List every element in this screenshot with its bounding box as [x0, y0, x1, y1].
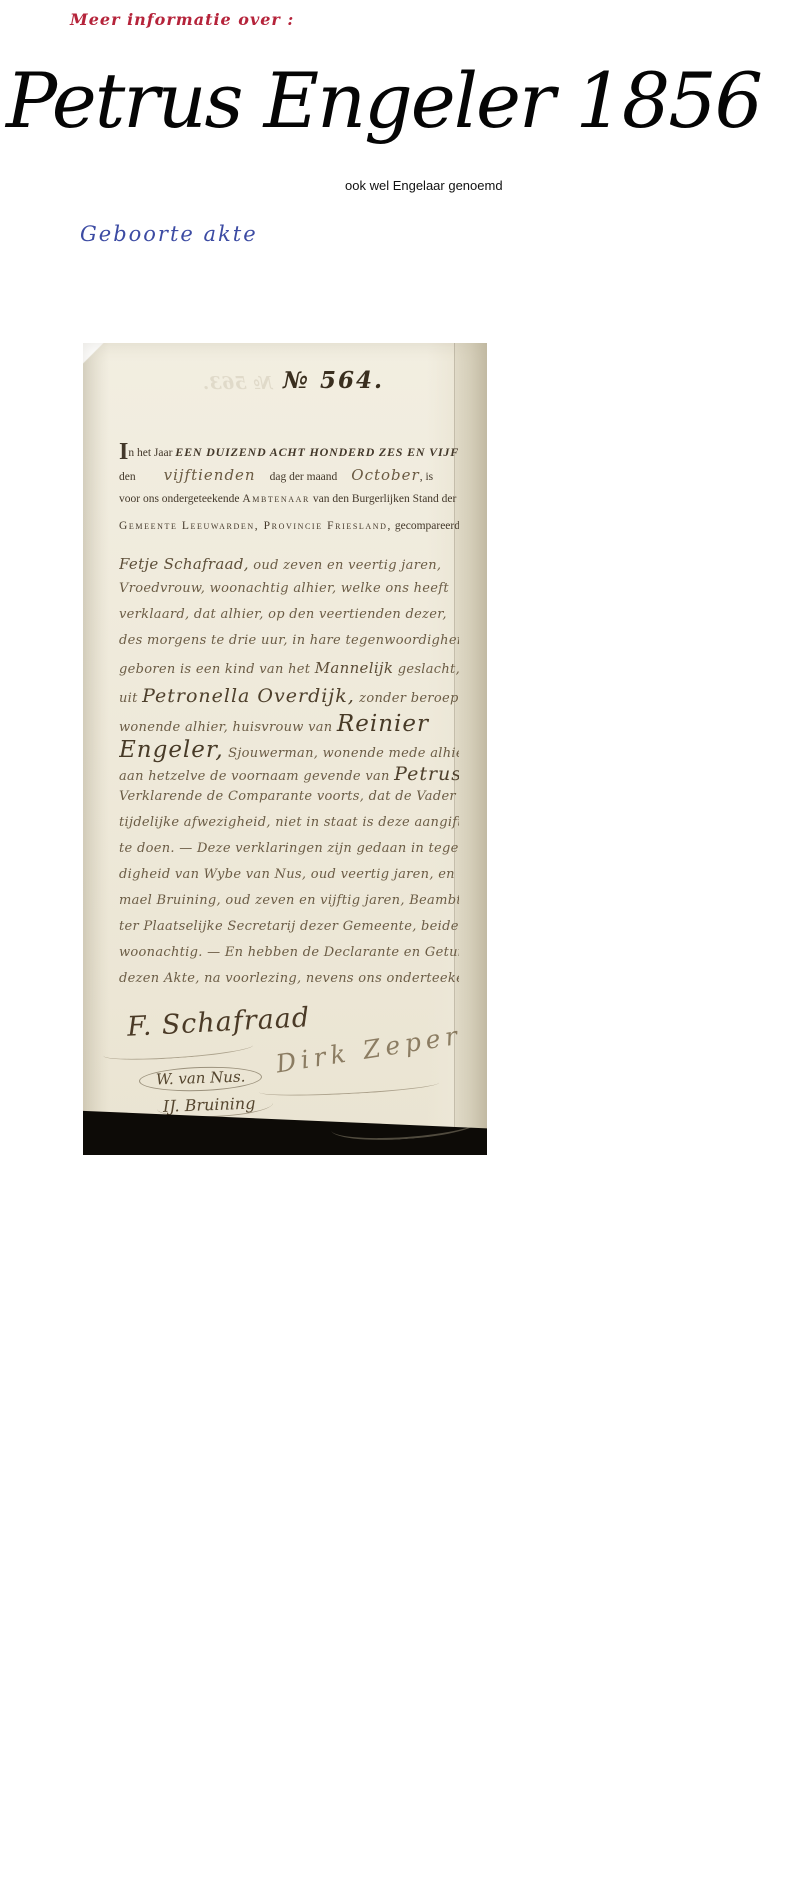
handwritten-line: digheid van Wybe van Nus, oud veertig ja…	[119, 867, 459, 893]
printed-line-3a: voor ons ondergeteekende	[119, 493, 242, 505]
act-number: № 564.	[283, 367, 384, 394]
handwritten-line: aan hetzelve de voornaam gevende van Pet…	[119, 763, 459, 789]
printed-year-caps: EEN DUIZEND ACHT HONDERD ZES EN VIJFTIG,	[175, 445, 459, 459]
handwritten-line: ter Plaatselijke Secretarij dezer Gemeen…	[119, 919, 459, 945]
handwritten-line: woonachtig. — En hebben de Declarante en…	[119, 945, 459, 971]
handwritten-line: Fetje Schafraad, oud zeven en veertig ja…	[119, 555, 459, 581]
handwritten-segment: Engeler,	[119, 737, 224, 763]
handwritten-segment: Verklarende de Comparante voorts, dat de…	[119, 789, 459, 804]
signature-witness-1: W. van Nus.	[139, 1065, 263, 1093]
handwritten-line: des morgens te drie uur, in hare tegenwo…	[119, 633, 459, 659]
handwritten-segment: wonende alhier, huisvrouw van	[119, 720, 337, 735]
handwritten-segment: Mannelijk	[315, 659, 394, 677]
handwritten-segment: mael Bruining, oud zeven en vijftig jare…	[119, 893, 459, 908]
handwritten-line: te doen. — Deze verklaringen zijn gedaan…	[119, 841, 459, 867]
geboorte-akte-link[interactable]: Geboorte akte	[80, 222, 258, 246]
handwritten-month: October	[351, 466, 419, 484]
handwritten-segment: zonder beroep,	[355, 691, 459, 706]
handwritten-segment: geslacht,	[393, 662, 459, 677]
handwritten-line: mael Bruining, oud zeven en vijftig jare…	[119, 893, 459, 919]
printed-provincie: Provincie Friesland,	[259, 520, 392, 532]
handwritten-line: wonende alhier, huisvrouw van Reinier	[119, 711, 459, 737]
bleedthrough-number: № 563.	[203, 373, 273, 394]
page-title: Petrus Engeler 1856	[6, 56, 761, 145]
handwritten-segment: aan hetzelve de voornaam gevende van	[119, 769, 394, 784]
birth-certificate-scan: № 563. № 564. In het Jaar EEN DUIZEND AC…	[83, 343, 487, 1155]
handwritten-line: tijdelijke afwezigheid, niet in staat is…	[119, 815, 459, 841]
handwritten-line: uit Petronella Overdijk, zonder beroep,	[119, 685, 459, 711]
handwritten-text: Fetje Schafraad, oud zeven en veertig ja…	[119, 555, 459, 997]
handwritten-segment: dezen Akte, na voorlezing, nevens ons on…	[119, 971, 459, 986]
drop-cap: I	[119, 439, 128, 465]
handwritten-segment: Petronella Overdijk,	[142, 685, 355, 707]
handwritten-line: dezen Akte, na voorlezing, nevens ons on…	[119, 971, 459, 997]
handwritten-segment: Petrus.	[394, 763, 459, 785]
handwritten-segment: Reinier	[337, 711, 429, 737]
handwritten-line: geboren is een kind van het Mannelijk ge…	[119, 659, 459, 685]
eyebrow-text: Meer informatie over :	[70, 10, 294, 29]
handwritten-segment: tijdelijke afwezigheid, niet in staat is…	[119, 815, 459, 830]
printed-dag-der-maand: dag der maand	[270, 471, 338, 483]
handwritten-segment: oud zeven en veertig jaren,	[249, 558, 441, 573]
handwritten-segment: Vroedvrouw, woonachtig alhier, welke ons…	[119, 581, 449, 596]
signature-flourish	[103, 1038, 254, 1063]
handwritten-segment: te doen. — Deze verklaringen zijn gedaan…	[119, 841, 459, 856]
handwritten-line: verklaard, dat alhier, op den veertiende…	[119, 607, 459, 633]
signature-declarant: F. Schafraad	[126, 1002, 311, 1043]
printed-line-1-text: n het Jaar	[128, 447, 175, 459]
printed-ambtenaar: Ambtenaar	[242, 493, 310, 505]
printed-line-3c: van den Burgerlijken Stand der	[310, 493, 456, 505]
handwritten-line: Engeler, Sjouwerman, wonende mede alhier…	[119, 737, 459, 763]
printed-den: den	[119, 471, 136, 483]
handwritten-segment: geboren is een kind van het	[119, 662, 315, 677]
scan-black-band	[83, 1109, 487, 1155]
handwritten-day: vijftienden	[164, 466, 256, 484]
handwritten-segment: ter Plaatselijke Secretarij dezer Gemeen…	[119, 919, 459, 934]
printed-text-block: In het Jaar EEN DUIZEND ACHT HONDERD ZES…	[119, 439, 459, 547]
handwritten-line: Vroedvrouw, woonachtig alhier, welke ons…	[119, 581, 459, 607]
genealogy-page: Meer informatie over : Petrus Engeler 18…	[0, 0, 800, 1903]
handwritten-segment: digheid van Wybe van Nus, oud veertig ja…	[119, 867, 459, 882]
signature-flourish	[259, 1076, 439, 1098]
handwritten-segment: Sjouwerman, wonende mede alhier,	[224, 746, 459, 761]
handwritten-segment: woonachtig. — En hebben de Declarante en…	[119, 945, 459, 960]
printed-gecompareerd: gecompareerd:	[392, 520, 459, 532]
handwritten-line: Verklarende de Comparante voorts, dat de…	[119, 789, 459, 815]
handwritten-segment: uit	[119, 691, 142, 706]
printed-line-4: Gemeente Leeuwarden, Provincie Friesland…	[119, 520, 459, 547]
printed-is: , is	[420, 471, 433, 483]
subtitle-text: ook wel Engelaar genoemd	[345, 178, 503, 193]
printed-line-2: denvijftiendendag der maandOctober, is	[119, 466, 459, 493]
handwritten-segment: verklaard, dat alhier, op den veertiende…	[119, 607, 447, 622]
printed-line-3: voor ons ondergeteekende Ambtenaar van d…	[119, 493, 459, 520]
printed-gemeente: Gemeente Leeuwarden,	[119, 520, 259, 532]
printed-line-1: In het Jaar EEN DUIZEND ACHT HONDERD ZES…	[119, 439, 459, 466]
handwritten-segment: Fetje Schafraad,	[119, 555, 249, 573]
handwritten-segment: des morgens te drie uur, in hare tegenwo…	[119, 633, 459, 648]
